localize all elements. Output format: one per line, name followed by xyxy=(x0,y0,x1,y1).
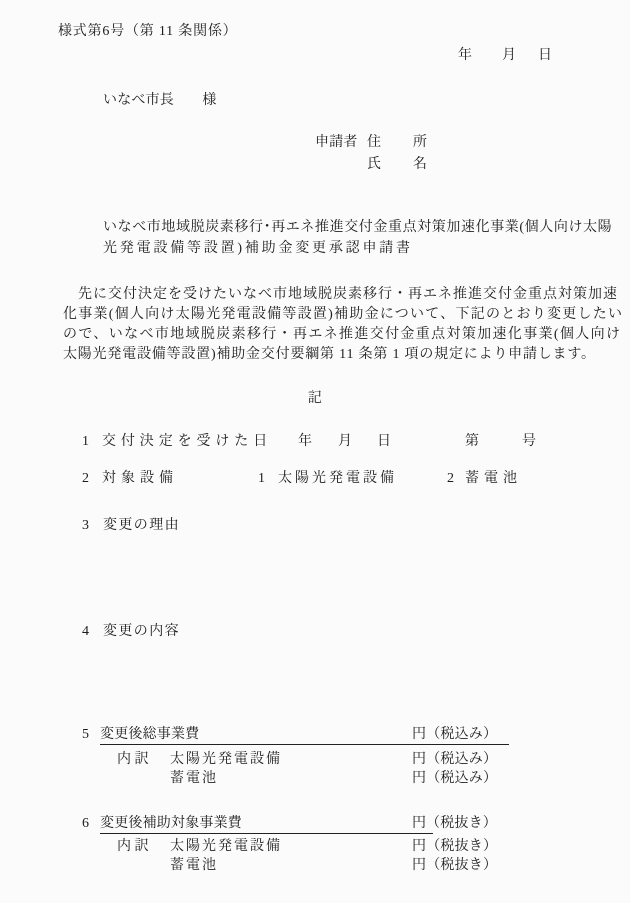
item5-sub2-unit: 円（税込み） xyxy=(412,772,497,786)
item6-unit-yen: 円 xyxy=(412,817,426,831)
item1-decision-number-suffix: 号 xyxy=(522,435,536,449)
item2-option1-number: 1 xyxy=(258,472,265,486)
item6-unit-paren: （税抜き） xyxy=(426,817,497,831)
item6-amount-field: 変更後補助対象事業費 円 xyxy=(100,817,433,834)
item6-sub1-label: 太陽光発電設備 xyxy=(170,840,282,854)
item1-month-label: 月 xyxy=(338,435,352,449)
item6-sub2-unit: 円（税抜き） xyxy=(412,859,497,873)
item2-number: 2 xyxy=(82,472,89,486)
record-marker: 記 xyxy=(0,392,630,406)
item4-number: 4 xyxy=(82,625,89,639)
applicant-label: 申請者 xyxy=(315,136,358,150)
item5-amount-field: 変更後総事業費 円（税込み） xyxy=(100,728,509,745)
item5-sub1-label: 太陽光発電設備 xyxy=(170,753,282,767)
body-paragraph-line3: ので、いなべ市地域脱炭素移行・再エネ推進交付金重点対策加速化事業(個人向け xyxy=(63,328,621,342)
document-title-line2: 光発電設備等設置)補助金変更承認申請書 xyxy=(103,242,413,256)
item2-option2-label: 蓄電池 xyxy=(465,472,522,486)
body-paragraph-line2: 化事業(個人向け太陽光発電設備等設置)補助金について、下記のとおり変更したい xyxy=(63,308,623,322)
item6-number: 6 xyxy=(82,817,89,831)
item3-label: 変更の理由 xyxy=(103,519,180,533)
document-title-line1: いなべ市地域脱炭素移行･再エネ推進交付金重点対策加速化事業(個人向け太陽 xyxy=(103,221,612,235)
form-number: 様式第6号（第 11 条関係） xyxy=(58,25,237,39)
body-paragraph-line1: 先に交付決定を受けたいなべ市地域脱炭素移行・再エネ推進交付金重点対策加速 xyxy=(63,288,618,302)
item4-label: 変更の内容 xyxy=(103,625,180,639)
item1-day-label: 日 xyxy=(377,435,391,449)
item5-number: 5 xyxy=(82,728,89,742)
item5-unit: 円（税込み） xyxy=(412,728,497,742)
item6-breakdown-label: 内訳 xyxy=(117,840,152,854)
item5-sub2-label: 蓄電池 xyxy=(170,772,218,786)
item1-number: 1 xyxy=(82,435,89,449)
item6-sub1-unit: 円（税抜き） xyxy=(412,840,497,854)
date-month-label: 月 xyxy=(502,49,516,63)
item5-breakdown-label: 内訳 xyxy=(117,753,152,767)
applicant-address-label-left: 住 xyxy=(367,136,381,150)
applicant-name-label-left: 氏 xyxy=(367,158,381,172)
addressee: いなべ市長 様 xyxy=(103,94,217,108)
item5-sub1-unit: 円（税込み） xyxy=(412,753,497,767)
item2-option2-number: 2 xyxy=(447,472,454,486)
item5-label: 変更後総事業費 xyxy=(100,728,199,742)
applicant-name-label-right: 名 xyxy=(413,158,427,172)
body-paragraph-line4: 太陽光発電設備等設置)補助金交付要綱第 11 条第 1 項の規定により申請します… xyxy=(63,348,596,362)
item6-label: 変更後補助対象事業費 xyxy=(100,817,242,831)
item1-label: 交付決定を受けた日 xyxy=(102,435,272,449)
item1-year-label: 年 xyxy=(298,435,312,449)
item6-sub2-label: 蓄電池 xyxy=(170,859,218,873)
document-page: 様式第6号（第 11 条関係） 年 月 日 いなべ市長 様 申請者 住 所 氏 … xyxy=(0,0,630,903)
item2-option1-label: 太陽光発電設備 xyxy=(278,472,397,486)
date-day-label: 日 xyxy=(538,49,552,63)
item2-label: 対象設備 xyxy=(102,472,178,486)
item1-decision-number-prefix: 第 xyxy=(465,435,479,449)
item3-number: 3 xyxy=(82,519,89,533)
applicant-address-label-right: 所 xyxy=(413,136,427,150)
date-year-label: 年 xyxy=(458,49,472,63)
